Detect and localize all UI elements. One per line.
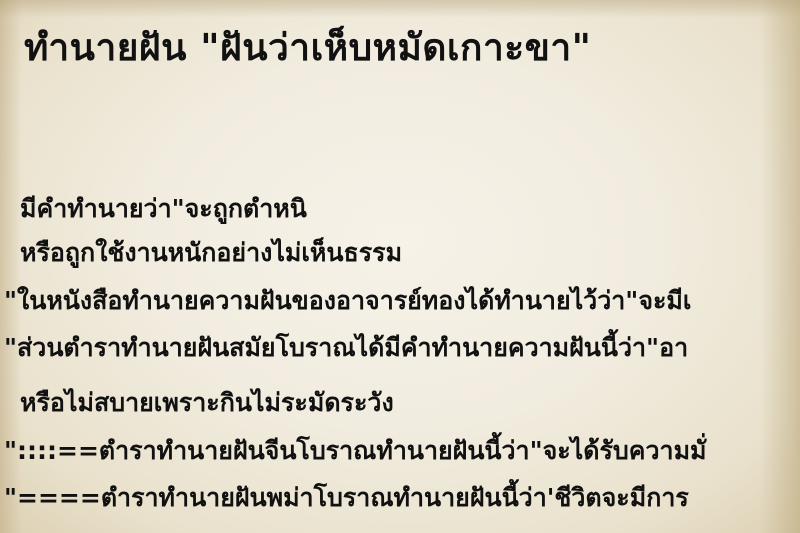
text-line: "====ตำราทำนายฝันพม่าโบราณทำนายฝันนี้ว่า… (4, 480, 689, 516)
text-line: หรือไม่สบายเพราะกินไม่ระมัดระวัง (20, 385, 394, 421)
text-line: หรือถูกใช้งานหนักอย่างไม่เห็นธรรม (20, 235, 402, 271)
text-line: "ส่วนตำราทำนายฝันสมัยโบราณได้มีคำทำนายคว… (4, 330, 688, 366)
paper-edge-top (0, 0, 800, 18)
paper-edge-right (760, 0, 800, 533)
text-line: "::::==ตำราทำนายฝันจีนโบราณทำนายฝันนี้ว่… (4, 433, 707, 469)
page-title: ทำนายฝัน "ฝันว่าเห็บหมัดเกาะขา" (24, 18, 591, 78)
text-line: "ในหนังสือทำนายความฝันของอาจารย์ทองได้ทำ… (4, 283, 691, 319)
text-line: มีคำทำนายว่า"จะถูกตำหนิ (20, 191, 307, 227)
